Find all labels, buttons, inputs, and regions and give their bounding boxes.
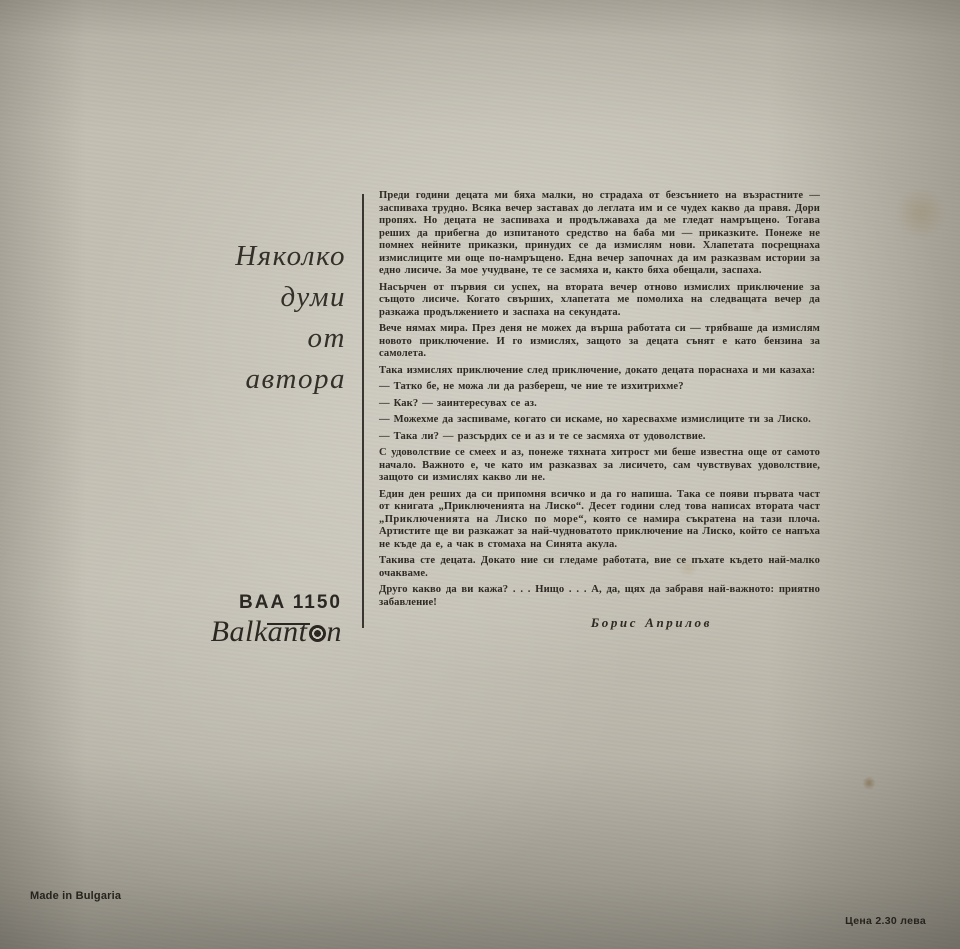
catalog-block: BAA 1150 Balkantn [178, 592, 342, 649]
author-note-text: Преди години децата ми бяха малки, но ст… [379, 190, 820, 630]
text-segment: Вече нямах мира. През деня не можех да в… [379, 323, 820, 359]
text-segment: Преди години децата ми бяха малки, но ст… [379, 190, 820, 276]
text-segment: — Можехме да заспиваме, когато си искаме… [379, 414, 811, 425]
dialogue-line: — Как? — заинтересувах се аз. [379, 398, 820, 411]
text-segment: Така измислях приключение след приключен… [379, 365, 815, 376]
paragraph: Друго какво да ви кажа? . . . Нищо . . .… [379, 584, 820, 609]
balkanton-logo: Balkantn [178, 615, 342, 649]
section-title: Няколкодумиотавтора [148, 236, 346, 400]
section-title-line: думи [148, 277, 346, 318]
vertical-rule [362, 194, 364, 628]
section-title-line: Няколко [148, 236, 346, 277]
logo-text-overlined: ant [268, 615, 308, 648]
text-segment: С удоволствие се смеех и аз, понеже тяхн… [379, 447, 820, 483]
text-segment: „Приключенията на Лиско по море“ [379, 514, 584, 525]
section-title-line: автора [148, 359, 346, 400]
logo-text-pre: Balk [211, 615, 268, 648]
made-in-label: Made in Bulgaria [30, 890, 121, 902]
paragraph: Преди години децата ми бяха малки, но ст… [379, 190, 820, 278]
text-segment: — Татко бе, не можа ли да разбереш, че н… [379, 381, 684, 392]
text-segment: Един ден реших да си припомня всичко и д… [379, 489, 820, 513]
text-segment: — Как? — заинтересувах се аз. [379, 398, 537, 409]
paragraph: Един ден реших да си припомня всичко и д… [379, 489, 820, 552]
price-label: Цена 2.30 лева [845, 915, 926, 927]
text-segment: Насърчен от първия си успех, на втората … [379, 282, 820, 318]
text-segment: Такива сте децата. Докато ние си гледаме… [379, 555, 820, 579]
text-segment: — Така ли? — разсърдих се и аз и те се з… [379, 431, 706, 442]
record-sleeve-back: Няколкодумиотавтора BAA 1150 Balkantn Пр… [0, 0, 960, 949]
text-segment: Друго какво да ви кажа? . . . Нищо . . .… [379, 584, 820, 608]
logo-text-post: n [327, 615, 343, 648]
dialogue-line: — Татко бе, не можа ли да разбереш, че н… [379, 381, 820, 394]
paragraph: Такива сте децата. Докато ние си гледаме… [379, 555, 820, 580]
record-disc-icon [309, 625, 326, 642]
catalog-number: BAA 1150 [178, 592, 342, 614]
paragraph: С удоволствие се смеех и аз, понеже тяхн… [379, 447, 820, 485]
dialogue-line: — Така ли? — разсърдих се и аз и те се з… [379, 431, 820, 444]
author-signature: Борис Априлов [379, 617, 820, 630]
paragraph: Вече нямах мира. През деня не можех да в… [379, 323, 820, 361]
dialogue-line: — Можехме да заспиваме, когато си искаме… [379, 414, 820, 427]
paragraph: Така измислях приключение след приключен… [379, 365, 820, 378]
section-title-line: от [148, 318, 346, 359]
paragraph: Насърчен от първия си успех, на втората … [379, 282, 820, 320]
